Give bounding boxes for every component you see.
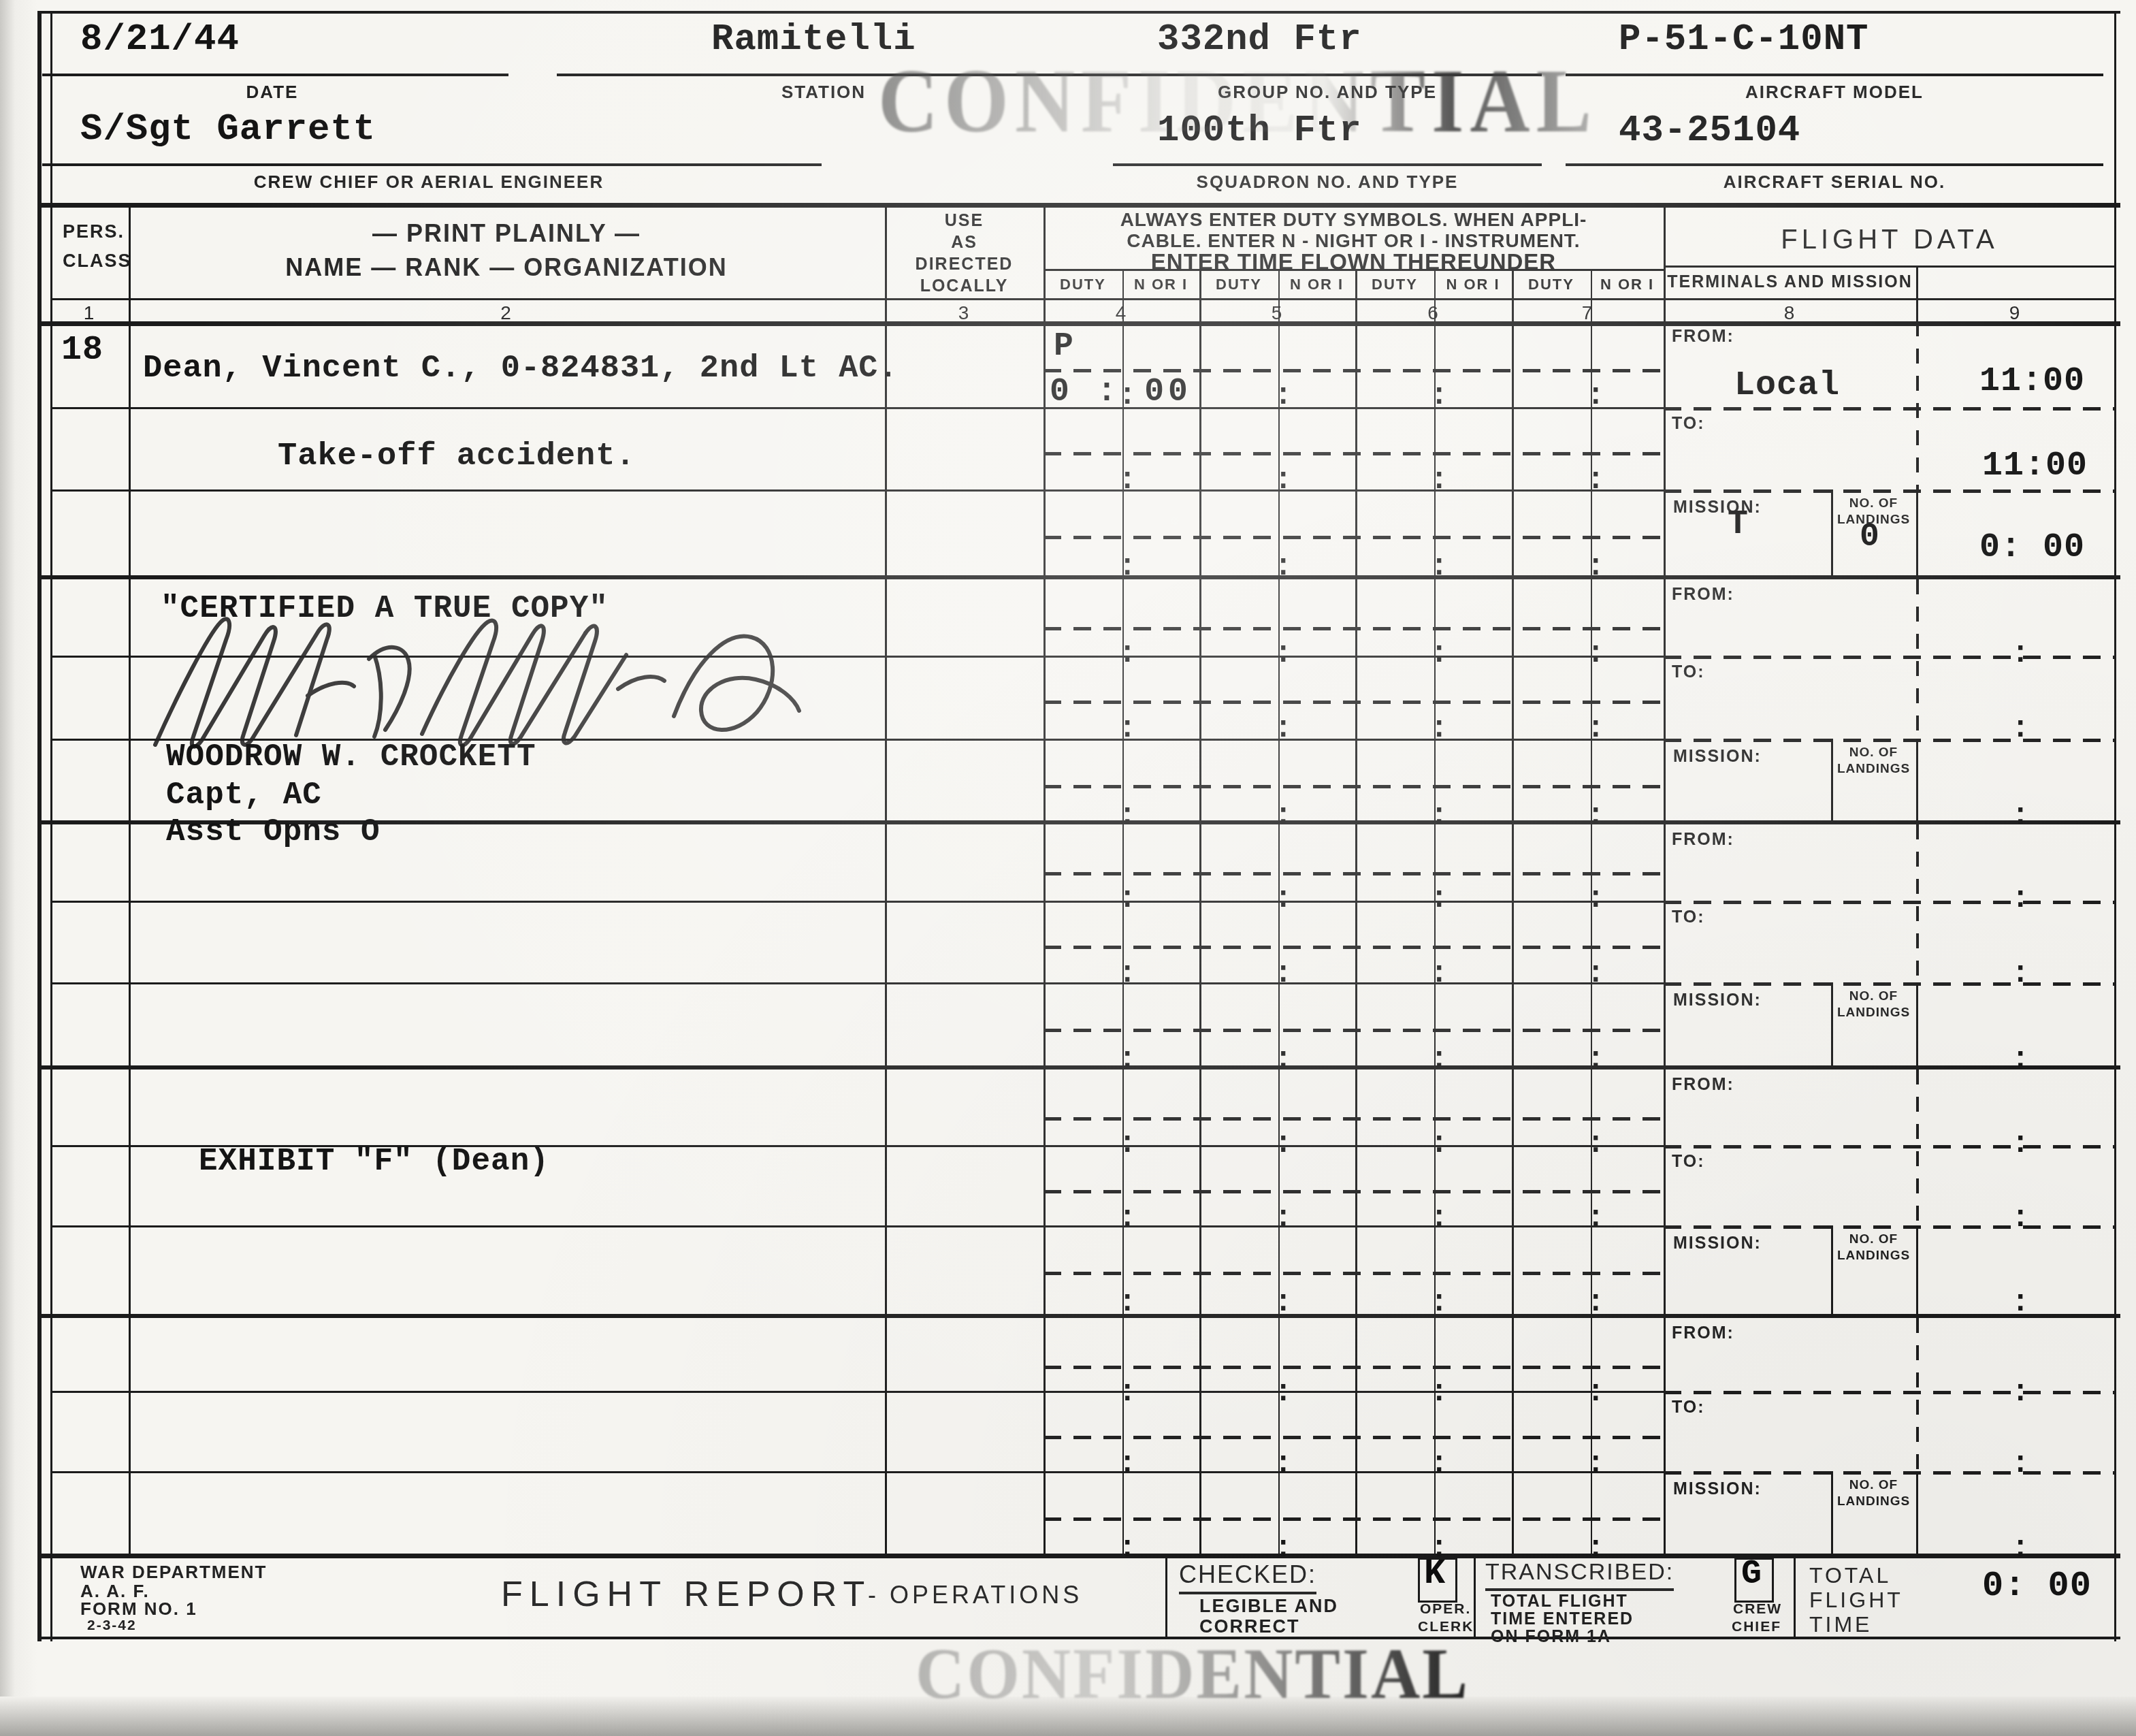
row-rule	[50, 901, 1664, 903]
dept-line3: FORM NO. 1	[80, 1598, 197, 1620]
mission-time-value: 0: 00	[1979, 528, 2085, 567]
duty-symbol-value: P	[1054, 328, 1074, 365]
block-rule	[37, 1314, 2120, 1318]
date-value: 8/21/44	[80, 19, 240, 61]
duty-mid-dash	[1043, 1436, 1664, 1439]
crew-chief-initial: G	[1741, 1555, 1762, 1594]
printed-colon	[1274, 1378, 1282, 1408]
printed-colon	[1274, 959, 1282, 989]
printed-colon	[2011, 1288, 2020, 1318]
landings-label-line1: NO. OF	[1831, 1478, 1916, 1493]
mission-value: T	[1728, 505, 1749, 544]
squadron-underline	[1113, 163, 1542, 166]
row-rule-dashed	[1664, 1471, 2116, 1475]
from-label: FROM:	[1672, 327, 1734, 347]
duty-mid-dash	[1043, 452, 1664, 455]
printed-colon	[1430, 714, 1438, 744]
printed-colon	[1274, 884, 1282, 914]
colline-3	[1043, 203, 1046, 1554]
duty-mid-dash	[1043, 627, 1664, 630]
printed-colon	[1118, 466, 1127, 496]
printed-colon	[1430, 639, 1438, 669]
mission-label: MISSION:	[1673, 1234, 1762, 1253]
dept-line1: WAR DEPARTMENT	[80, 1562, 268, 1583]
printed-colon	[1430, 884, 1438, 914]
col1-header-line1: PERS.	[63, 221, 125, 242]
footer-div-3	[1794, 1555, 1796, 1638]
transcribed-line3: ON FORM 1A	[1491, 1627, 1611, 1647]
landings-box-right	[1916, 1471, 1918, 1554]
to-label: TO:	[1672, 662, 1705, 682]
block-rule	[37, 1554, 2120, 1558]
duty-mid-dash	[1043, 1517, 1664, 1521]
duty-time-value: 0 : 00	[1050, 374, 1192, 411]
mission-label: MISSION:	[1673, 747, 1762, 767]
oper-clerk-initial: K	[1424, 1554, 1446, 1594]
printed-colon	[1274, 466, 1282, 496]
row-rule	[50, 1225, 1664, 1227]
from-label: FROM:	[1672, 1075, 1734, 1095]
col3-header-line1: USE	[885, 211, 1043, 231]
nori-col-label: N OR I	[1122, 276, 1199, 293]
serial-label: AIRCRAFT SERIAL NO.	[1664, 172, 2005, 193]
date-underline	[42, 74, 508, 76]
aircraft-model-underline	[1566, 74, 2103, 76]
duty-mid-dash	[1043, 1190, 1664, 1193]
row-rule	[50, 1471, 1664, 1473]
duty-col-label: DUTY	[1199, 276, 1278, 293]
form-title: FLIGHT REPORT	[501, 1574, 871, 1615]
from-label: FROM:	[1672, 1323, 1734, 1343]
printed-colon	[1587, 959, 1595, 989]
remark-value: Take-off accident.	[278, 438, 636, 475]
printed-colon	[1118, 552, 1127, 582]
printed-colon	[2011, 1449, 2020, 1479]
terminals-time-divider-dashed	[1916, 321, 1919, 489]
block-rule	[37, 575, 2120, 579]
row-rule-dashed	[1664, 1225, 2116, 1229]
printed-colon	[2011, 714, 2020, 744]
crew-chief-label: CREW CHIEF OR AERIAL ENGINEER	[225, 172, 633, 193]
duty-mid-dash	[1043, 872, 1664, 875]
row-rule-dashed	[1664, 739, 2116, 742]
signer-name: WOODROW W. CROCKETT	[166, 739, 536, 775]
printed-colon	[2011, 959, 2020, 989]
printed-colon	[1118, 1204, 1127, 1234]
colline-2	[885, 203, 887, 1554]
oper-clerk-line1: OPER.	[1420, 1601, 1471, 1618]
form-left-border-outer	[37, 11, 42, 1641]
footer-div-1	[1165, 1555, 1167, 1638]
printed-colon	[1587, 639, 1595, 669]
printed-colon	[1587, 1378, 1595, 1408]
to-label: TO:	[1672, 1152, 1705, 1172]
printed-colon	[2011, 1129, 2020, 1159]
from-time-value: 11:00	[1979, 362, 2085, 401]
col2-header-line1: — PRINT PLAINLY —	[129, 219, 884, 248]
serial-value: 43-25104	[1619, 110, 1800, 152]
col3-header-line3: DIRECTED	[885, 255, 1043, 274]
date-label: DATE	[204, 82, 340, 103]
colline-9	[1916, 266, 1918, 321]
signature	[140, 614, 813, 750]
duty-mid-dash	[1043, 785, 1664, 788]
printed-colon	[1587, 714, 1595, 744]
printed-colon	[1118, 884, 1127, 914]
printed-colon	[1118, 1288, 1127, 1318]
duty-mid-dash	[1043, 369, 1664, 372]
printed-colon	[1274, 1288, 1282, 1318]
printed-colon	[1118, 801, 1127, 831]
flight-report-scan: 8/21/44 DATE Ramitelli STATION 332nd Ftr…	[0, 0, 2136, 1736]
printed-colon	[1118, 1129, 1127, 1159]
printed-colon	[1587, 381, 1595, 411]
printed-colon	[1274, 1449, 1282, 1479]
duty-mid-dash	[1043, 1117, 1664, 1121]
printed-colon	[1118, 1449, 1127, 1479]
row-rule-dashed	[1664, 901, 2116, 904]
row-rule	[50, 489, 1664, 492]
printed-colon	[1587, 1129, 1595, 1159]
printed-colon	[2011, 639, 2020, 669]
form-top-border	[37, 11, 2120, 14]
printed-colon	[1274, 801, 1282, 831]
terminals-time-divider-dashed	[1916, 1070, 1919, 1225]
name-value: Dean, Vincent C., 0-824831, 2nd Lt AC.	[143, 351, 899, 387]
crew-chief-line1: CREW	[1733, 1601, 1782, 1618]
printed-colon	[1587, 1204, 1595, 1234]
checked-line1: LEGIBLE AND	[1199, 1596, 1338, 1617]
row-rule-dashed	[1664, 407, 2116, 411]
landings-label-line2: LANDINGS	[1831, 1006, 1916, 1020]
landings-label-line2: LANDINGS	[1831, 1249, 1916, 1264]
table-top-rule	[37, 203, 2120, 208]
flight-data-header: FLIGHT DATA	[1664, 225, 2116, 255]
form-right-border	[2114, 11, 2116, 1641]
landings-box-right	[1916, 739, 1918, 820]
printed-colon	[1587, 1045, 1595, 1075]
printed-colon	[1274, 1534, 1282, 1564]
printed-colon	[1587, 1288, 1595, 1318]
printed-colon	[1274, 1045, 1282, 1075]
pers-class-value: 18	[61, 331, 103, 370]
duty-col-label: DUTY	[1512, 276, 1591, 293]
to-time-value: 11:00	[1982, 447, 2088, 485]
colline-7	[1512, 269, 1514, 1554]
duty-instruction-line1: ALWAYS ENTER DUTY SYMBOLS. WHEN APPLI-	[1043, 209, 1664, 231]
duty-instruction-line3: ENTER TIME FLOWN THEREUNDER	[1043, 249, 1664, 275]
terminals-time-divider-dashed	[1916, 1318, 1919, 1471]
from-label: FROM:	[1672, 585, 1734, 605]
landings-box-right	[1916, 489, 1918, 575]
flight-data-divider	[1664, 266, 2116, 268]
transcribed-label: TRANSCRIBED:	[1485, 1559, 1674, 1591]
printed-colon	[1430, 381, 1438, 411]
printed-colon	[1430, 1129, 1438, 1159]
from-label: FROM:	[1672, 830, 1734, 850]
numbers-row-rule	[50, 298, 2114, 300]
duty-mid-dash	[1043, 701, 1664, 704]
landings-value: 0	[1860, 519, 1880, 556]
printed-colon	[1274, 1204, 1282, 1234]
total-label-line1: TOTAL	[1809, 1563, 1891, 1588]
printed-colon	[2011, 1534, 2020, 1564]
nori-col-label: N OR I	[1591, 276, 1664, 293]
from-value: Local	[1734, 366, 1840, 405]
serial-underline	[1566, 163, 2103, 166]
landings-label-line1: NO. OF	[1831, 496, 1916, 511]
squadron-label: SQUADRON NO. AND TYPE	[1157, 172, 1498, 193]
signer-title: Asst Opns O	[166, 814, 381, 850]
footer-div-2	[1474, 1555, 1476, 1638]
station-label: STATION	[756, 82, 892, 103]
col1-header-line2: CLASS	[63, 251, 132, 272]
nori-col-label: N OR I	[1434, 276, 1512, 293]
mission-label: MISSION:	[1673, 991, 1762, 1010]
row-rule	[50, 982, 1664, 984]
printed-colon	[1118, 639, 1127, 669]
printed-colon	[2011, 1204, 2020, 1234]
mission-label: MISSION:	[1673, 1479, 1762, 1499]
printed-colon	[1118, 959, 1127, 989]
duty-mid-dash	[1043, 1272, 1664, 1275]
printed-colon	[1430, 466, 1438, 496]
row-rule-dashed	[1664, 982, 2116, 986]
printed-colon	[1430, 1045, 1438, 1075]
printed-colon	[1587, 552, 1595, 582]
row-rule	[50, 1391, 1664, 1393]
colline-6	[1355, 269, 1357, 1554]
printed-colon	[1430, 801, 1438, 831]
duty-mid-dash	[1043, 946, 1664, 949]
printed-colon	[1118, 1534, 1127, 1564]
printed-colon	[1430, 1378, 1438, 1408]
duty-mid-dash	[1043, 536, 1664, 539]
printed-colon	[2011, 801, 2020, 831]
scan-left-edge	[0, 0, 37, 1736]
printed-colon	[1118, 714, 1127, 744]
row-rule-dashed	[1664, 489, 2116, 493]
colline-8	[1664, 203, 1666, 1554]
landings-label-line1: NO. OF	[1831, 989, 1916, 1004]
total-flight-time-value: 0: 00	[1982, 1566, 2092, 1606]
exhibit-line: EXHIBIT "F" (Dean)	[199, 1144, 549, 1179]
duty-subheader-rule	[1043, 269, 1664, 271]
confidential-stamp-bottom: CONFIDENTIAL	[916, 1633, 1470, 1715]
row-rule-dashed	[1664, 1391, 2116, 1394]
row-rule-dashed	[1664, 656, 2116, 659]
checked-label: CHECKED:	[1179, 1560, 1316, 1594]
crew-chief-line2: CHIEF	[1732, 1619, 1781, 1635]
printed-colon	[1274, 714, 1282, 744]
form-left-border-inner	[50, 11, 52, 1641]
printed-colon	[1430, 1204, 1438, 1234]
row-rule-dashed	[1664, 1145, 2116, 1148]
transcribed-line2: TIME ENTERED	[1491, 1609, 1634, 1629]
col2-header-line2: NAME — RANK — ORGANIZATION	[129, 253, 884, 282]
landings-label-line1: NO. OF	[1831, 1232, 1916, 1247]
header-bottom-rule	[37, 321, 2120, 326]
nori-col-label: N OR I	[1278, 276, 1355, 293]
form-title-suffix: - OPERATIONS	[868, 1581, 1082, 1609]
landings-label-line1: NO. OF	[1831, 745, 1916, 760]
duty-mid-dash	[1043, 1029, 1664, 1032]
printed-colon	[1274, 381, 1282, 411]
crew-chief-value: S/Sgt Garrett	[80, 109, 376, 150]
printed-colon	[1587, 801, 1595, 831]
printed-colon	[1274, 552, 1282, 582]
crew-chief-underline	[42, 163, 822, 166]
landings-box-right	[1916, 982, 1918, 1065]
printed-colon	[2011, 1378, 2020, 1408]
duty-col-label: DUTY	[1043, 276, 1122, 293]
aircraft-model-label: AIRCRAFT MODEL	[1664, 82, 2005, 103]
total-label-line2: FLIGHT	[1809, 1588, 1903, 1613]
signer-rank: Capt, AC	[166, 777, 322, 813]
printed-colon	[2011, 1045, 2020, 1075]
to-label: TO:	[1672, 414, 1705, 434]
printed-colon	[1587, 466, 1595, 496]
block-rule	[37, 1065, 2120, 1070]
to-label: TO:	[1672, 907, 1705, 927]
colline-5	[1199, 269, 1201, 1554]
landings-box-right	[1916, 1225, 1918, 1314]
transcribed-line1: TOTAL FLIGHT	[1491, 1592, 1628, 1611]
dept-line4: 2-3-42	[87, 1618, 137, 1634]
landings-label-line2: LANDINGS	[1831, 762, 1916, 777]
terminals-time-divider-dashed	[1916, 579, 1919, 739]
confidential-stamp-top: CONFIDENTIAL	[878, 49, 1598, 154]
printed-colon	[1118, 1045, 1127, 1075]
col3-header-line4: LOCALLY	[885, 276, 1043, 296]
printed-colon	[1430, 552, 1438, 582]
aircraft-model-value: P-51-C-10NT	[1619, 19, 1868, 61]
landings-label-line2: LANDINGS	[1831, 1494, 1916, 1509]
row-rule	[50, 407, 1664, 409]
col3-header-line2: AS	[885, 233, 1043, 253]
printed-colon	[2011, 884, 2020, 914]
to-label: TO:	[1672, 1398, 1705, 1417]
terminals-label: TERMINALS AND MISSION	[1664, 272, 1916, 292]
printed-colon	[1430, 1288, 1438, 1318]
total-label-line3: TIME	[1809, 1612, 1872, 1637]
printed-colon	[1430, 1449, 1438, 1479]
printed-colon	[1274, 1129, 1282, 1159]
colline-1	[129, 203, 131, 1554]
duty-mid-dash	[1043, 1366, 1664, 1369]
printed-colon	[1274, 639, 1282, 669]
duty-col-label: DUTY	[1355, 276, 1434, 293]
printed-colon	[1118, 1378, 1127, 1408]
printed-colon	[1587, 884, 1595, 914]
terminals-time-divider-dashed	[1916, 824, 1919, 982]
printed-colon	[1587, 1449, 1595, 1479]
printed-colon	[1430, 959, 1438, 989]
